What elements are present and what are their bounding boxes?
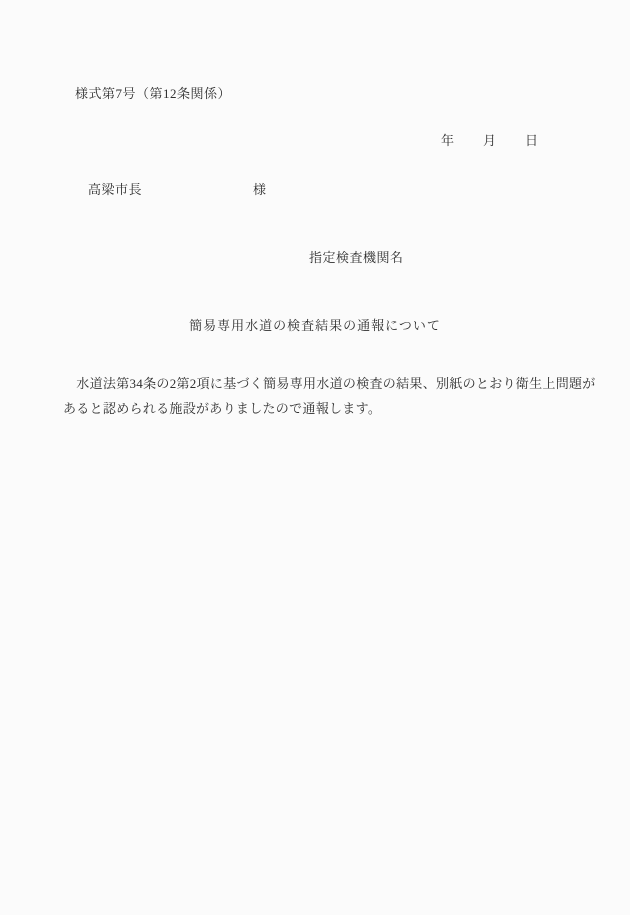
addressee-honorific: 様	[253, 183, 267, 196]
date-blank-line: 年 月 日	[441, 134, 539, 147]
body-line-1: 水道法第34条の2第2項に基づく簡易専用水道の検査の結果、別紙のとおり衛生上問題…	[63, 376, 596, 391]
form-number: 様式第7号（第12条関係）	[75, 87, 231, 100]
document-page: { "page": { "background_color": "#fbfbfb…	[0, 0, 630, 915]
addressee-name: 高梁市長	[88, 183, 142, 196]
body-line-2: あると認められる施設がありましたので通報します。	[63, 401, 381, 416]
body-paragraph: 水道法第34条の2第2項に基づく簡易専用水道の検査の結果、別紙のとおり衛生上問題…	[63, 371, 568, 421]
sender-organization-label: 指定検査機関名	[309, 251, 404, 264]
document-title: 簡易専用水道の検査結果の通報について	[0, 319, 630, 332]
form-paper: 様式第7号（第12条関係） 年 月 日 高梁市長 様 指定検査機関名 簡易専用水…	[0, 0, 630, 915]
